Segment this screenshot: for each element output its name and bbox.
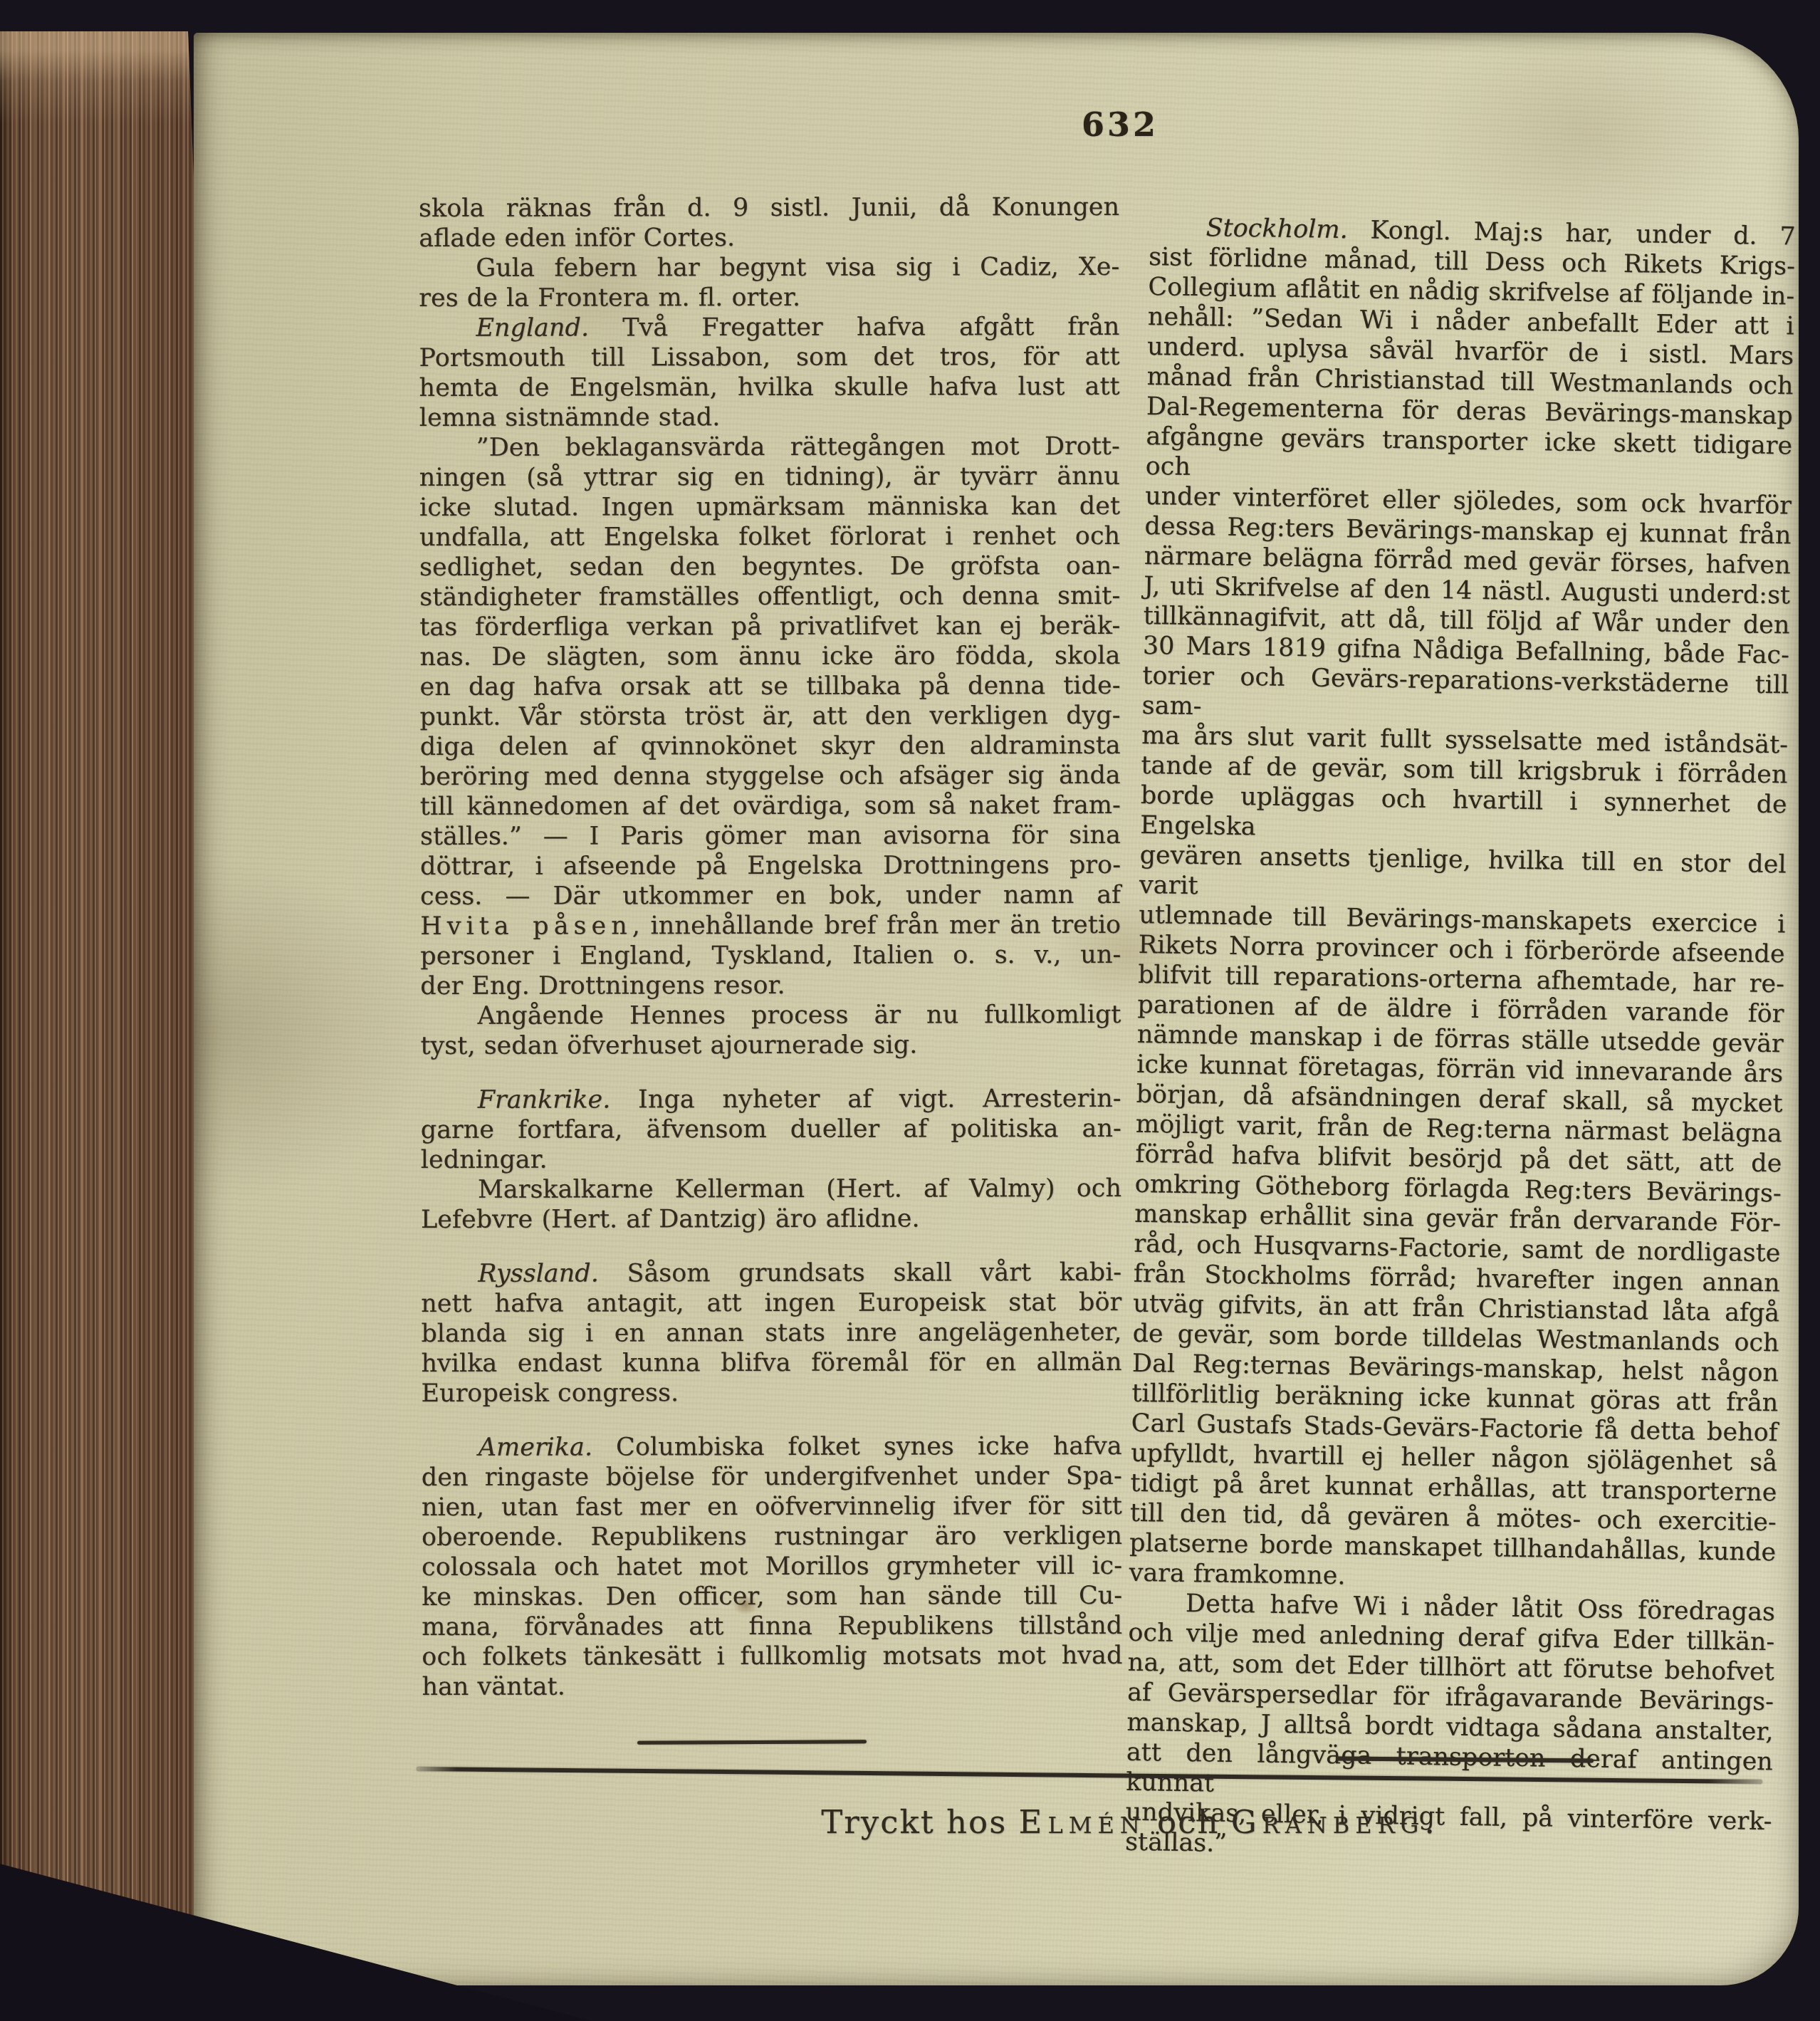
text-line: blanda sig i en annan stats inre angeläg… [421,1317,1121,1349]
text-line: res de la Frontera m. fl. orter. [419,282,1119,313]
text-line: Amerika. Columbiska folket synes icke ha… [422,1431,1122,1463]
section-lead: England. [476,313,589,342]
text-line: Europeisk congress. [421,1377,1121,1409]
printer-name: Elmén [1019,1803,1146,1841]
text-line: ständigheter framställes offentligt, och… [419,581,1120,612]
text-line: ställes.” — I Paris gömer man avisorna f… [420,820,1121,852]
text-line: personer i England, Tyskland, Italien o.… [420,940,1121,971]
section-lead: Frankrike. [478,1085,611,1114]
text-line: en dag hafva orsak att se tillbaka på de… [419,671,1120,702]
book-scan: 632 skola räknas från d. 9 sistl. Junii,… [0,0,1820,2021]
text-line: ”Den beklagansvärda rättegången mot Drot… [419,432,1120,463]
text-line: tas förderfliga verkan på privatlifvet k… [419,611,1120,642]
text-line: borde upläggas och hvartill i synnerhet … [1140,780,1787,850]
text-line: Ryssland. Såsom grundsats skall vårt kab… [421,1258,1121,1289]
page-number: 632 [1060,105,1181,144]
text-line: punkt. Vår största tröst är, att den ver… [419,701,1120,732]
text-line: icke slutad. Ingen upmärksam människa ka… [419,491,1120,523]
imprint-text: Tryckt hos [821,1803,1018,1841]
text-line: sedlighet, sedan den begyntes. De gröfst… [419,551,1120,583]
right-column: Stockholm. Kongl. Maj:s har, under d. 7s… [1125,212,1796,1866]
text-line: England. Två Fregatter hafva afgått från [419,312,1119,343]
section-lead: Stockholm. [1206,214,1348,244]
text-line: gevären ansetts tjenlige, hvilka till en… [1139,840,1787,909]
text-line: beröring med denna styggelse och afsäger… [420,761,1121,792]
text-line: undfalla, att Engelska folket förlorat i… [419,521,1120,553]
text-line: Lefebvre (Hert. af Dantzig) äro aflidne. [421,1203,1121,1235]
text-line: aflade eden inför Cortes. [419,222,1119,254]
text-line: och folkets tänkesätt i fullkomlig motsa… [422,1641,1122,1672]
section-lead: Amerika. [478,1433,592,1461]
text-line: mana, förvånades att finna Republikens t… [422,1611,1122,1642]
text-line: nien, utan fast mer en oöfvervinnelig if… [422,1491,1122,1523]
text-line: cess. — Där utkommer en bok, under namn … [420,880,1121,912]
section-lead: Ryssland. [478,1259,599,1288]
text-line: att den långväga transporten deraf antin… [1126,1738,1773,1807]
text-line: till kännedomen af det ovärdiga, som så … [420,790,1121,822]
printer-name: Granberg. [1231,1803,1440,1841]
left-column: skola räknas från d. 9 sistl. Junii, då … [419,192,1122,1702]
text-line: den ringaste böjelse för undergifvenhet … [422,1461,1122,1493]
text-line: Frankrike. Inga nyheter af vigt. Arreste… [421,1084,1121,1115]
text-line: Angående Hennes process är nu fullkomlig… [420,1000,1121,1031]
text-line: colossala och hatet mot Morillos grymhet… [422,1551,1122,1582]
text-line: afgångne gevärs transporter icke skett t… [1145,422,1792,491]
text-line: ledningar. [421,1144,1121,1175]
text-line: torier och Gevärs-reparations-verkstäder… [1141,661,1789,730]
text-line: lemna sistnämnde stad. [419,402,1120,433]
text-line: döttrar, i afseende på Engelska Drottnin… [420,850,1121,882]
text-line: han väntat. [422,1671,1122,1702]
text-line: Hvita påsen, innehållande bref från mer … [420,910,1121,941]
text-line: skola räknas från d. 9 sistl. Junii, då … [419,192,1119,224]
text-line: ke minskas. Den officer, som han sände t… [422,1581,1122,1612]
text-line: der Eng. Drottningens resor. [420,970,1121,1001]
imprint-line: Tryckt hos Elmén och Granberg. [704,1803,1558,1841]
text-line: Portsmouth till Lissabon, som det tros, … [419,342,1119,373]
text-line: garne fortfara, äfvensom dueller af poli… [421,1114,1121,1145]
text-line: hvilka endast kunna blifva föremål för e… [421,1347,1121,1379]
text-line: oberoende. Republikens rustningar äro ve… [422,1521,1122,1552]
text-line: hemta de Engelsmän, hvilka skulle hafva … [419,372,1120,403]
text-line: nas. De slägten, som ännu icke äro födda… [419,641,1120,672]
text-line: nett hafva antagit, att ingen Europeisk … [421,1288,1121,1319]
text-line: diga delen af qvinnokönet skyr den aldra… [420,731,1121,762]
text-line: Marskalkarne Kellerman (Hert. af Valmy) … [421,1174,1121,1205]
text-line: Gula febern har begynt visa sig i Cadiz,… [419,252,1119,283]
text-line: tyst, sedan öfverhuset ajournerade sig. [420,1030,1121,1061]
text-line: ningen (så yttrar sig en tidning), är ty… [419,461,1120,493]
imprint-text: och [1146,1803,1231,1841]
emphasized-text: Hvita påsen [420,912,632,941]
